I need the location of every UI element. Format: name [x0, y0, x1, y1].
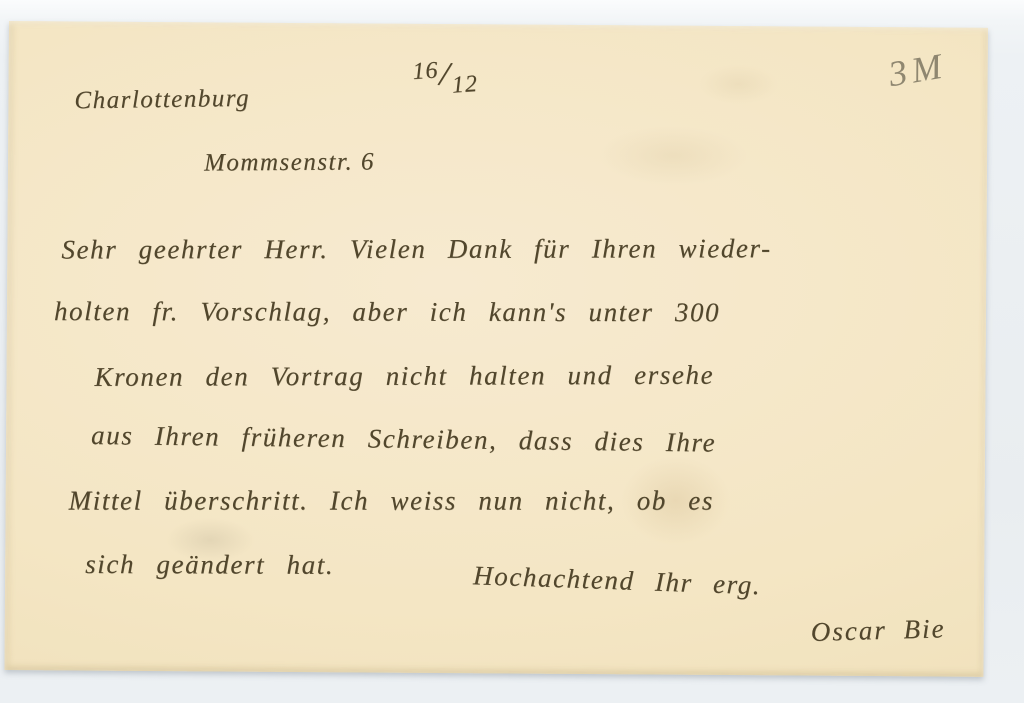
date-day: 16: [412, 57, 440, 85]
date-separator: /: [438, 56, 451, 95]
closing: Hochachtend Ihr erg.: [473, 560, 762, 601]
sender-address: Mommsenstr. 6: [204, 148, 375, 177]
body-line: holten fr. Vorschlag, aber ich kann's un…: [54, 296, 720, 328]
paper-stain: [598, 125, 748, 186]
body-line: Sehr geehrter Herr. Vielen Dank für Ihre…: [61, 233, 771, 265]
body-line: Mittel überschritt. Ich weiss nun nicht,…: [69, 486, 714, 517]
body-line: aus Ihren früheren Schreiben, dass dies …: [91, 420, 716, 459]
sender-location: Charlottenburg: [74, 85, 250, 115]
signature: Oscar Bie: [810, 613, 946, 648]
pencil-price-mark: 3 M: [886, 45, 943, 95]
date-month: 12: [451, 71, 479, 99]
scan-background: 16/12 3 M Charlottenburg Mommsenstr. 6 S…: [0, 0, 1024, 703]
paper-stain: [698, 64, 778, 105]
postcard: 16/12 3 M Charlottenburg Mommsenstr. 6 S…: [4, 21, 988, 677]
body-line: sich geändert hat.: [85, 549, 334, 581]
date-annotation: 16/12: [412, 52, 479, 94]
body-line: Kronen den Vortrag nicht halten und erse…: [94, 360, 714, 393]
